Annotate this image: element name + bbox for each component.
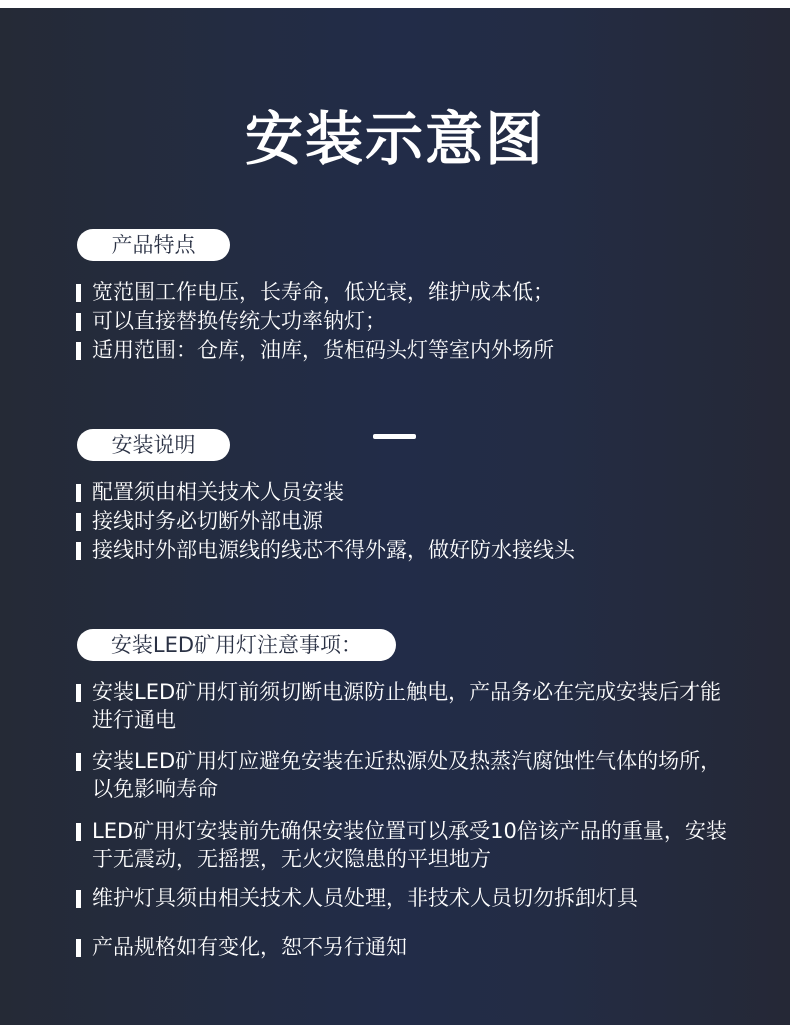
bullet-bar-icon <box>76 513 81 531</box>
list-item: 配置须由相关技术人员安装 <box>76 478 732 506</box>
page-title: 安装示意图 <box>0 92 790 176</box>
section-heading-installation: 安装说明 <box>77 429 230 461</box>
list-item: 适用范围：仓库，油库，货柜码头灯等室内外场所 <box>76 336 732 364</box>
list-item: 维护灯具须由相关技术人员处理，非技术人员切勿拆卸灯具 <box>76 884 732 912</box>
decorative-dash <box>373 434 416 439</box>
section-heading-precautions: 安装LED矿用灯注意事项： <box>77 629 396 661</box>
bullet-bar-icon <box>76 342 81 360</box>
list-item: 宽范围工作电压，长寿命，低光衰，维护成本低； <box>76 278 732 306</box>
bullet-bar-icon <box>76 823 81 841</box>
list-item: 接线时外部电源线的线芯不得外露，做好防水接线头 <box>76 536 732 564</box>
list-item: 产品规格如有变化，恕不另行通知 <box>76 933 732 961</box>
bullet-bar-icon <box>76 284 81 302</box>
list-item: LED矿用灯安装前先确保安装位置可以承受10倍该产品的重量，安装于无震动，无摇摆… <box>76 817 732 873</box>
list-item: 安装LED矿用灯应避免安装在近热源处及热蒸汽腐蚀性气体的场所，以免影响寿命 <box>76 747 732 803</box>
bullet-bar-icon <box>76 484 81 502</box>
bullet-bar-icon <box>76 890 81 908</box>
list-item: 可以直接替换传统大功率钠灯； <box>76 307 732 335</box>
bullet-bar-icon <box>76 313 81 331</box>
bullet-bar-icon <box>76 753 81 771</box>
list-item: 接线时务必切断外部电源 <box>76 507 732 535</box>
bullet-bar-icon <box>76 542 81 560</box>
section-heading-features: 产品特点 <box>77 229 230 261</box>
bullet-bar-icon <box>76 939 81 957</box>
bullet-bar-icon <box>76 684 81 702</box>
list-item: 安装LED矿用灯前须切断电源防止触电，产品务必在完成安装后才能进行通电 <box>76 678 732 734</box>
